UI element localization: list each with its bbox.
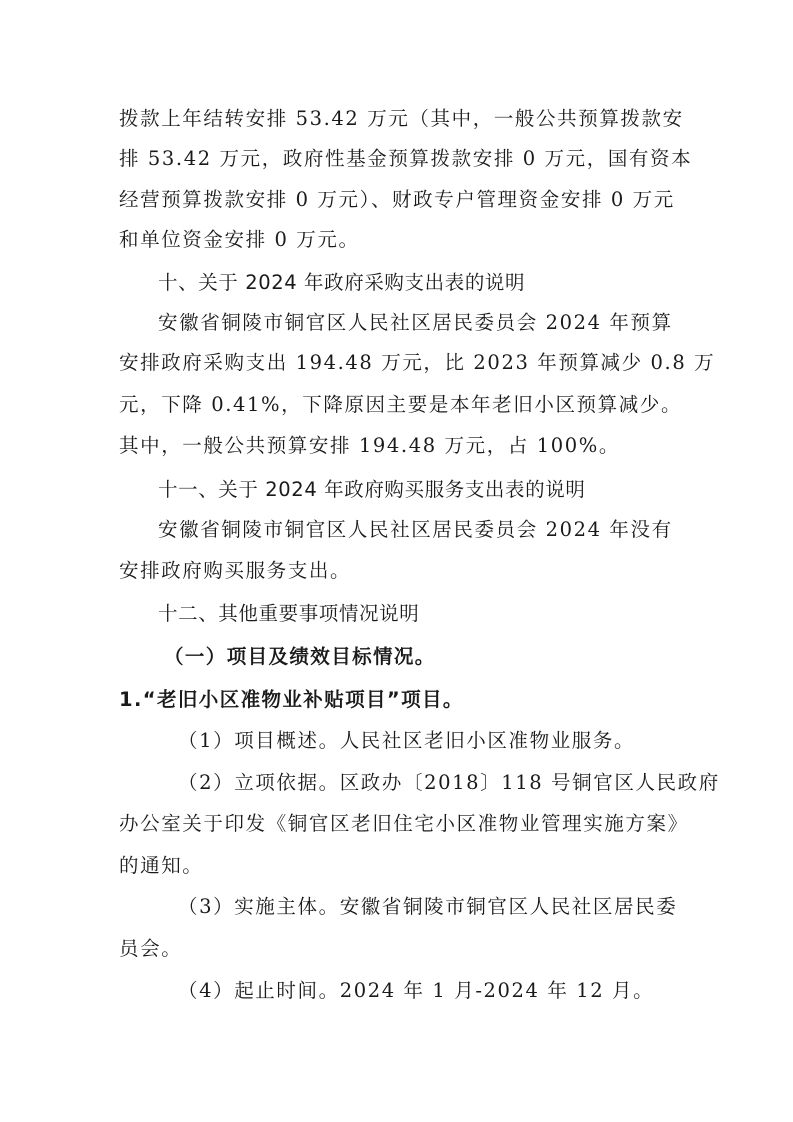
body-text-line: 排 53.42 万元，政府性基金预算拨款安排 0 万元，国有资本 [119,145,679,173]
body-text-line: 办公室关于印发《铜官区老旧住宅小区准物业管理实施方案》 [119,810,679,838]
body-text-line: 安排政府采购支出 194.48 万元，比 2023 年预算减少 0.8 万 [119,349,679,377]
body-text-line: 拨款上年结转安排 53.42 万元（其中，一般公共预算拨款安 [119,105,679,133]
section-heading-12: 十二、其他重要事项情况说明 [158,600,718,628]
document-page: 拨款上年结转安排 53.42 万元（其中，一般公共预算拨款安 排 53.42 万… [0,0,793,1122]
item-period: （4）起止时间。2024 年 1 月-2024 年 12 月。 [178,977,738,1005]
body-text-line: 安徽省铜陵市铜官区人民社区居民委员会 2024 年没有 [158,516,718,544]
project-title: 1.“老旧小区准物业补贴项目”项目。 [119,686,679,714]
item-overview: （1）项目概述。人民社区老旧小区准物业服务。 [178,727,738,755]
item-basis: （2）立项依据。区政办〔2018〕118 号铜官区人民政府 [178,769,738,797]
section-heading-11: 十一、关于 2024 年政府购买服务支出表的说明 [158,476,718,504]
body-text-line: 的通知。 [119,852,679,880]
body-text-line: 元，下降 0.41%，下降原因主要是本年老旧小区预算减少。 [119,391,679,419]
subsection-heading: （一）项目及绩效目标情况。 [164,643,724,671]
body-text-line: 安徽省铜陵市铜官区人民社区居民委员会 2024 年预算 [158,309,718,337]
section-heading-10: 十、关于 2024 年政府采购支出表的说明 [158,269,718,297]
item-implementer: （3）实施主体。安徽省铜陵市铜官区人民社区居民委 [178,893,738,921]
body-text-line: 安排政府购买服务支出。 [119,557,679,585]
body-text-line: 其中，一般公共预算安排 194.48 万元，占 100%。 [119,432,679,460]
body-text-line: 员会。 [119,935,679,963]
body-text-line: 和单位资金安排 0 万元。 [119,226,679,254]
body-text-line: 经营预算拨款安排 0 万元）、财政专户管理资金安排 0 万元 [119,186,679,214]
